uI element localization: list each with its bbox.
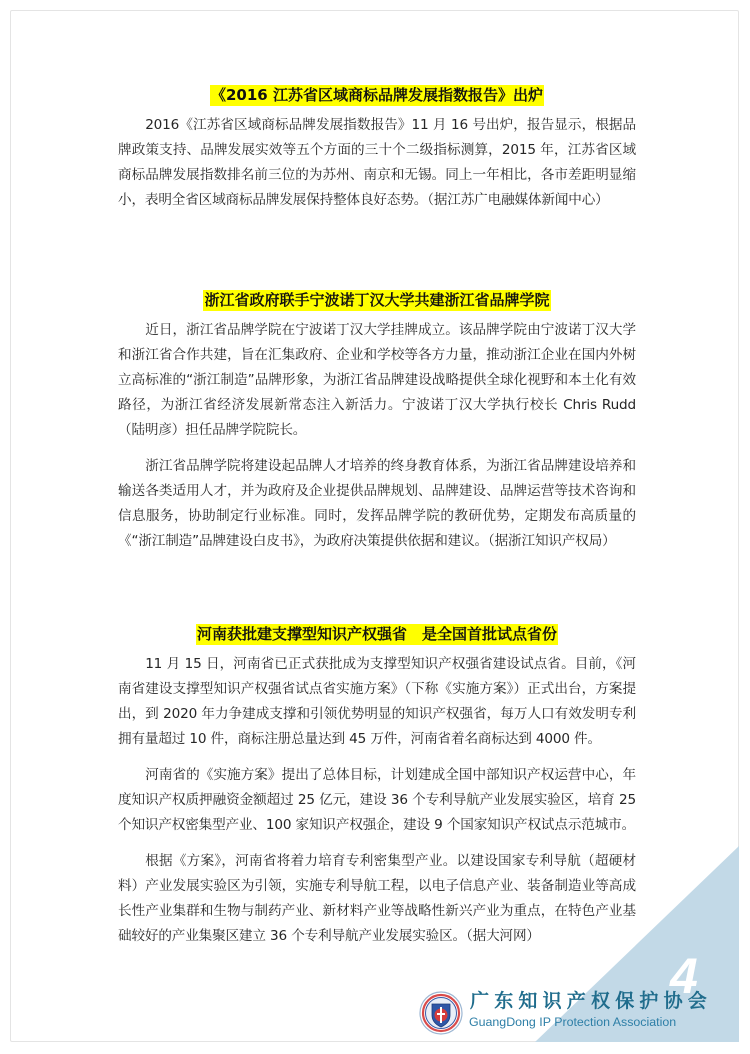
article-title: 浙江省政府联手宁波诺丁汉大学共建浙江省品牌学院 — [203, 290, 550, 311]
article-paragraph: 根据《方案》，河南省将着力培育专利密集型产业。以建设国家专利导航（超硬材料）产业… — [118, 849, 636, 949]
page-number: 4 — [670, 948, 698, 1004]
article-zhejiang: 浙江省政府联手宁波诺丁汉大学共建浙江省品牌学院 近日，浙江省品牌学院在宁波诺丁汉… — [118, 290, 636, 554]
article-paragraph: 浙江省品牌学院将建设起品牌人才培养的终身教育体系，为浙江省品牌建设培养和输送各类… — [118, 454, 636, 554]
article-paragraph: 河南省的《实施方案》提出了总体目标，计划建成全国中部知识产权运营中心，年度知识产… — [118, 763, 636, 838]
article-title: 河南获批建支撑型知识产权强省 是全国首批试点省份 — [196, 624, 558, 645]
article-paragraph: 11 月 15 日，河南省已正式获批成为支撑型知识产权强省建设试点省。目前，《河… — [118, 652, 636, 752]
article-jiangsu: 《2016 江苏省区域商标品牌发展指数报告》出炉 2016《江苏省区域商标品牌发… — [118, 85, 636, 213]
article-henan: 河南获批建支撑型知识产权强省 是全国首批试点省份 11 月 15 日，河南省已正… — [118, 624, 636, 949]
article-paragraph: 2016《江苏省区域商标品牌发展指数报告》11 月 16 号出炉，报告显示，根据… — [118, 113, 636, 213]
article-title: 《2016 江苏省区域商标品牌发展指数报告》出炉 — [210, 85, 544, 106]
article-paragraph: 近日，浙江省品牌学院在宁波诺丁汉大学挂牌成立。该品牌学院由宁波诺丁汉大学和浙江省… — [118, 318, 636, 443]
association-name-english: GuangDong IP Protection Association — [469, 1014, 676, 1030]
association-emblem-icon — [419, 991, 463, 1035]
